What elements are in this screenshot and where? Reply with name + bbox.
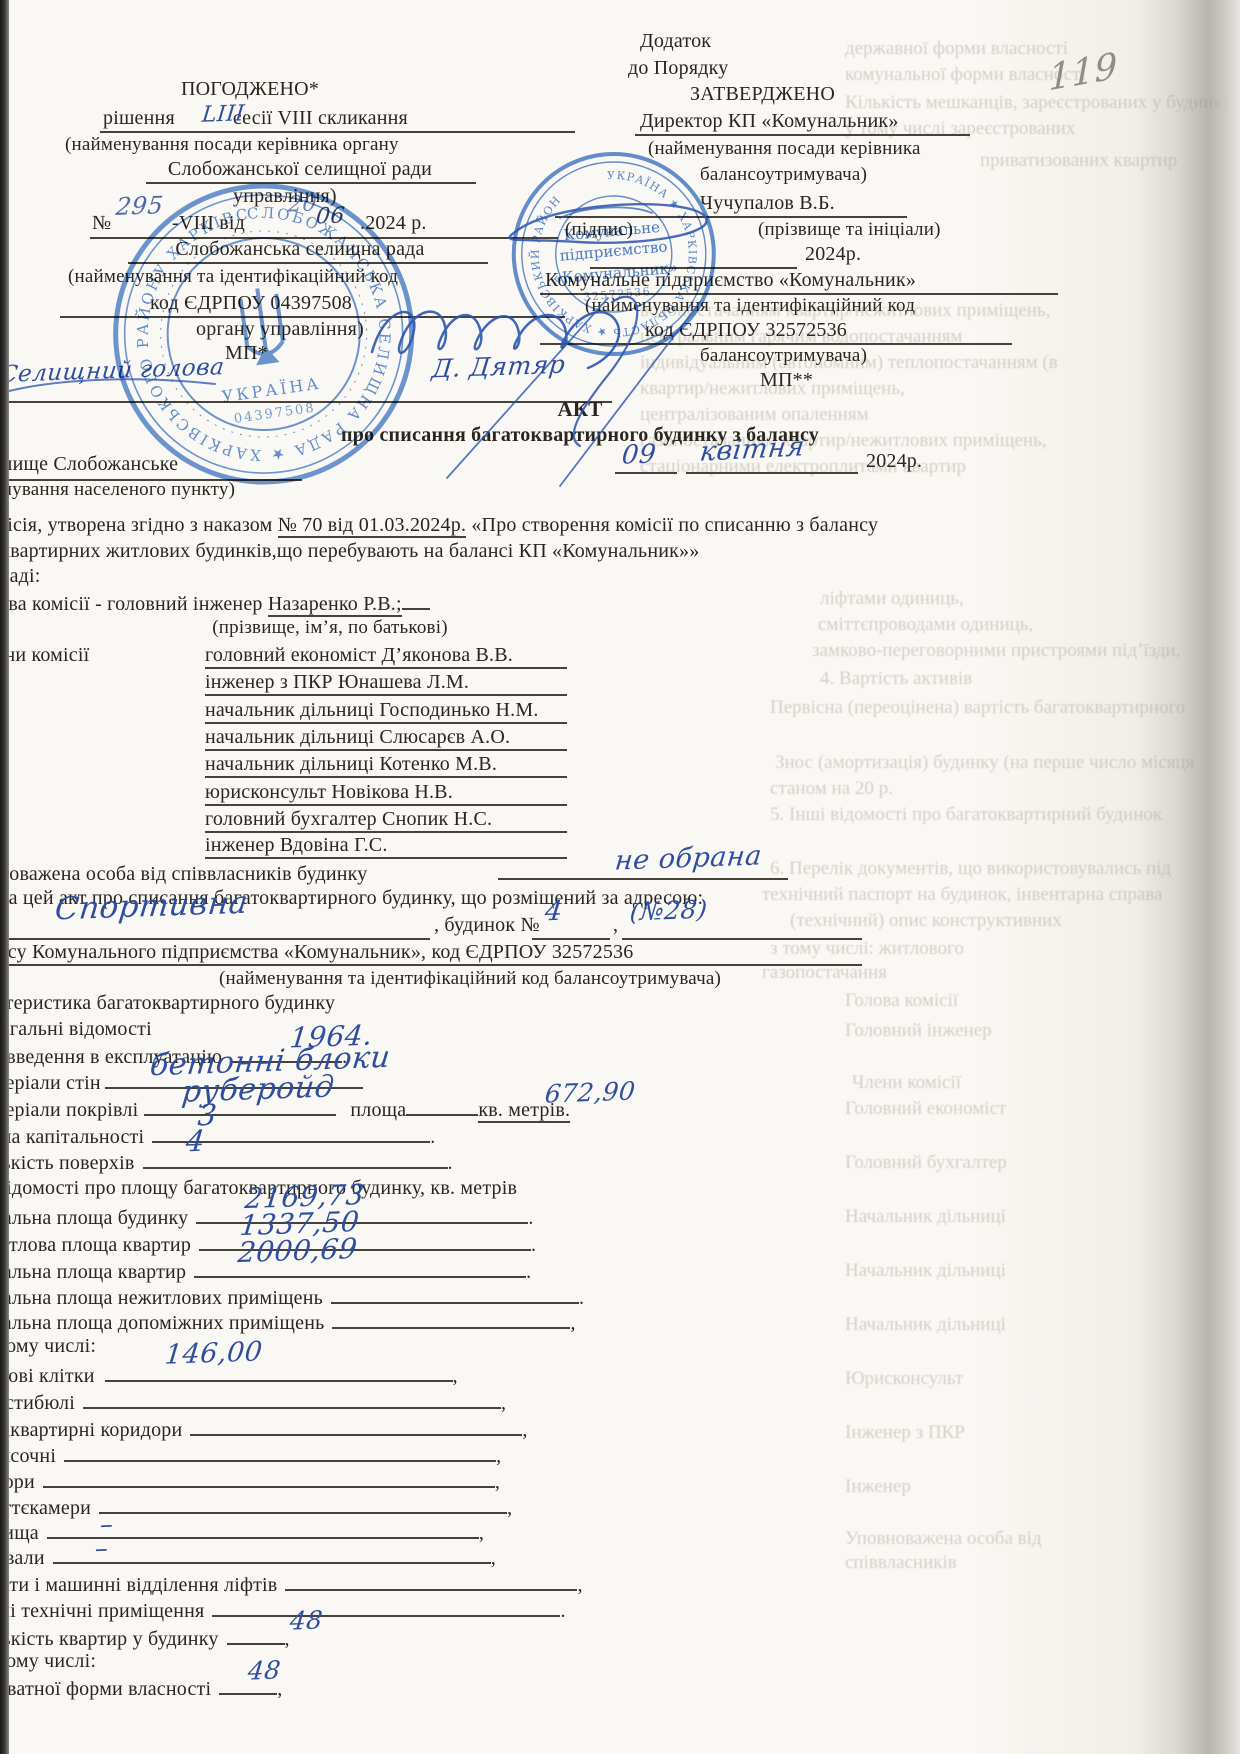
year-label: 2024р. [805, 243, 861, 266]
bleedthrough-text: Начальник дільниці [845, 1314, 1006, 1336]
characteristics-title: Характеристика багатоквартирного будинку [0, 992, 335, 1015]
chair-name: Назаренко Р.В.; [268, 593, 402, 617]
member-row: головний економіст Д’яконова В.В. [205, 644, 513, 667]
area-row: у тому числі: [0, 1335, 96, 1358]
area-value-handwritten: 2000,69 [236, 1232, 359, 1269]
area-row: позаквартирні коридори, [0, 1417, 528, 1442]
area-row: шахти і машинні відділення ліфтів, [0, 1572, 583, 1597]
scanned-act-page: державної форми власності комунальної фо… [0, 0, 1240, 1754]
name-caption: (прізвище та ініціали) [758, 218, 941, 241]
approved-right-title: ЗАТВЕРДЖЕНО [690, 83, 835, 106]
count-value-handwritten: 48 [246, 1655, 282, 1685]
bleedthrough-text: технічний паспорт на будинок, інвентарна… [762, 884, 1163, 906]
act-title: АКТ [380, 398, 780, 421]
date-day-handwritten: 09 [620, 439, 657, 470]
commission-intro-pre: Комісія, утворена згідно з наказом [0, 514, 272, 536]
balance-caption: (найменування та ідентифікаційний код ба… [90, 967, 850, 990]
bleedthrough-text: державної форми власності [845, 38, 1068, 60]
member-row: головний бухгалтер Снопик Н.С. [205, 808, 492, 831]
bleedthrough-text: Начальник дільниці [845, 1260, 1006, 1282]
member-row: юрисконсульт Новікова Н.В. [205, 781, 453, 804]
appendix-line1: Додаток [640, 30, 711, 53]
bleedthrough-text: Уповноважена особа від [845, 1528, 1042, 1550]
house-label: , будинок № [434, 914, 540, 937]
chair-label: Голова комісії - головний інженер [0, 593, 268, 615]
street-handwritten: Спортивна [53, 885, 250, 928]
bleedthrough-text: Знос (амортизація) будинку (на перше чис… [775, 752, 1194, 774]
area-row: Загальна площа допоміжних приміщень, [0, 1310, 576, 1335]
bleedthrough-text: станом на 20 р. [770, 778, 893, 800]
underline [205, 749, 567, 751]
area-value-handwritten: 146,00 [163, 1336, 264, 1371]
house-alt-handwritten: (№28) [628, 895, 708, 927]
underline [205, 776, 567, 778]
commission-intro-line2: багатоквартирних житлових будинків,що пе… [0, 540, 699, 563]
member-row: інженер з ПКР Юнашева Л.М. [205, 671, 469, 694]
bleedthrough-text: 5. Інші відомості про багатоквартирний б… [770, 804, 1162, 826]
authorized-value-handwritten: не обрана [613, 840, 763, 876]
underline [205, 667, 567, 669]
approved-left-title: ПОГОДЖЕНО* [90, 78, 410, 101]
order-reference: № 70 від 01.03.2024р. [278, 514, 466, 538]
house-comma: , [613, 914, 618, 937]
bleedthrough-text: ліфтами одиниць, [820, 588, 964, 610]
underline [205, 694, 567, 696]
area-row: вестибюлі, [0, 1390, 506, 1415]
left-stamp-ring-text: СЛОБОЖАНСЬКА СЕЛИЩНА РАДА ★ ХАРКІВСЬКОГО… [87, 158, 410, 486]
bleedthrough-text: Первісна (переоцінена) вартість багатокв… [770, 697, 1185, 719]
approved-left-caption1: (найменування посади керівника органу [65, 133, 399, 156]
bleedthrough-text: 4. Вартість активів [820, 668, 972, 690]
roof-label: Матеріали покрівлі [0, 1099, 138, 1121]
floors-label: Кількість поверхів [0, 1152, 135, 1174]
area-row: колясочні, [0, 1443, 501, 1468]
member-row: начальник дільниці Котенко М.В. [205, 753, 497, 776]
bleedthrough-text: Інженер з ПКР [845, 1422, 965, 1444]
bleedthrough-text: Юрисконсульт [845, 1368, 963, 1390]
commission-intro: Комісія, утворена згідно з наказом № 70 … [0, 514, 878, 537]
underline [205, 831, 567, 833]
council-round-stamp: СЛОБОЖАНСЬКА СЕЛИЩНА РАДА ★ ХАРКІВСЬКОГО… [87, 158, 440, 515]
underline [635, 134, 970, 136]
roof-area-value-handwritten: 672,90 [543, 1076, 636, 1108]
floors-row: Кількість поверхів. [0, 1150, 453, 1175]
underline [532, 938, 610, 940]
underline [205, 804, 567, 806]
area-row: сміттєкамери, [0, 1495, 512, 1520]
walls-label: Матеріали стін [0, 1072, 101, 1094]
bleedthrough-text: Начальник дільниці [845, 1206, 1006, 1228]
area-row: Загальна площа нежитлових приміщень. [0, 1285, 584, 1310]
authorized-label: Уповноважена особа від співвласників буд… [0, 863, 368, 885]
bleedthrough-text: замково-переговорними пристроями під’їзд… [812, 640, 1180, 662]
scan-left-edge [0, 0, 9, 1754]
roof-area-blank [406, 1097, 478, 1116]
area-row: інші технічні приміщення. [0, 1598, 566, 1623]
bleedthrough-text: Інженер [845, 1476, 911, 1498]
decision-line: рішеннясесії VIII скликання [103, 107, 408, 130]
bleedthrough-text: співвласників [845, 1552, 957, 1574]
underline [205, 722, 567, 724]
bleedthrough-text: Головний економіст [845, 1098, 1006, 1120]
roof-area-label: площа [350, 1099, 406, 1121]
house-number-handwritten: 4 [543, 896, 564, 928]
underline [686, 472, 858, 474]
area-row: Кількість квартир у будинку, [0, 1626, 290, 1651]
floors-value-handwritten: 4 [184, 1124, 207, 1159]
underline [0, 938, 430, 940]
company-round-stamp: УКРАЇНА ★ ХАРКІВСЬКА ОБЛАСТЬ ★ ХАРКІВСЬК… [499, 139, 729, 374]
approved-right-caption2: балансоутримувача) [700, 163, 867, 186]
bleedthrough-text: Головний бухгалтер [845, 1152, 1007, 1174]
right-seal-label: МП** [760, 369, 813, 392]
members-label: Члени комісії [0, 644, 89, 667]
bleedthrough-text: (технічний) опис конструктивних [790, 910, 1062, 932]
area-row: горища, [0, 1520, 484, 1545]
area-row: у тому числі: [0, 1650, 96, 1673]
bleedthrough-text: Члени комісії [852, 1072, 961, 1094]
commission-intro-post: «Про створення комісії по списанню з бал… [471, 514, 878, 536]
appendix-line2: до Порядку [628, 57, 728, 80]
commission-chair: Голова комісії - головний інженер Назаре… [0, 591, 430, 616]
capital-label: Група капітальності [0, 1126, 144, 1148]
member-row: начальник дільниці Слюсарєв А.О. [205, 726, 510, 749]
bleedthrough-text: 6. Перелік документів, що використовувал… [770, 858, 1171, 880]
director-line: Директор КП «Комунальник» [640, 110, 899, 133]
underline [615, 472, 677, 474]
date-year: 2024р. [866, 450, 922, 473]
director-name: Чучупалов В.Б. [700, 192, 835, 215]
section1-title: 1. Загальні відомості [0, 1018, 152, 1041]
capital-row: Група капітальності. [0, 1124, 435, 1149]
left-stamp-code: 04397508 [233, 401, 316, 427]
date-month-handwritten: квітня [698, 431, 806, 468]
member-row: начальник дільниці Господинько Н.М. [205, 699, 539, 722]
bleedthrough-text: Голова комісії [845, 990, 958, 1012]
right-stamp-code: 32572536 [583, 285, 652, 304]
scan-right-edge [1135, 0, 1240, 1754]
decision-post: сесії VIII скликання [233, 107, 408, 129]
underline [0, 964, 862, 966]
bleedthrough-text: з тому числі: житлового [770, 938, 964, 960]
bleedthrough-text: Головний інженер [845, 1020, 992, 1042]
area-row: підвали, [0, 1545, 496, 1570]
area-row: комори, [0, 1469, 500, 1494]
session-number-handwritten: LIII [201, 101, 246, 128]
member-row: інженер Вдовіна Г.С. [205, 834, 388, 857]
chair-caption: (прізвище, ім’я, по батькові) [160, 616, 500, 639]
bleedthrough-text: сміттєпроводами одиниць, [818, 614, 1033, 636]
decision-pre: рішення [103, 107, 175, 129]
area-row: приватної форми власності, [0, 1676, 282, 1701]
underline [622, 938, 862, 940]
count-value-handwritten: 48 [288, 1605, 324, 1635]
underline [205, 857, 567, 859]
balance-line: балансу Комунального підприємства «Комун… [0, 941, 633, 964]
